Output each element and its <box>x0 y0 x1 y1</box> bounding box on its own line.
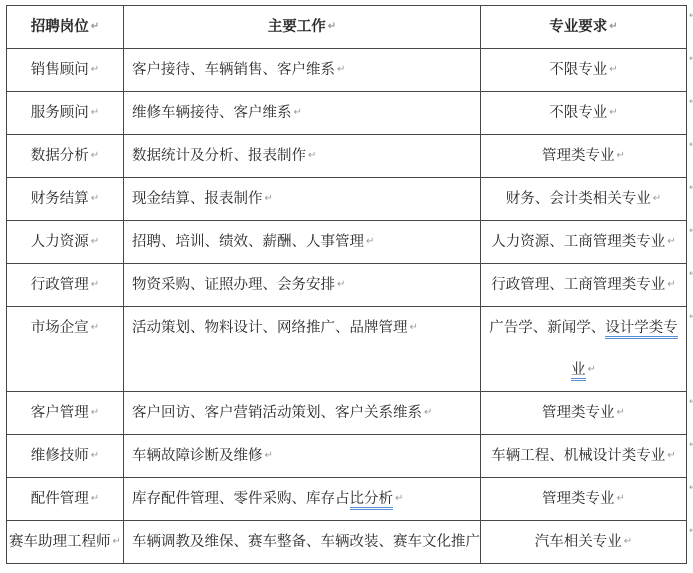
table-row: 财务结算↵现金结算、报表制作↵财务、会计类相关专业↵ <box>7 178 687 221</box>
cell-text: 管理类专业 <box>542 148 615 164</box>
position-cell: 维修技师↵ <box>7 435 124 478</box>
requirement-cell: 管理类专业↵ <box>481 478 687 521</box>
cell-text: 市场企宣 <box>31 320 89 336</box>
cell-text: 客户管理 <box>31 405 89 421</box>
row-end-mark-icon: ↵ <box>689 483 693 492</box>
cell-text: 行政管理、工商管理类专业 <box>491 277 665 293</box>
cell-text: 车辆调教及维保、赛车整备、车辆改装、赛车文化推广 <box>132 534 480 550</box>
grammar-underlined-text: 设计学类专 <box>605 320 678 339</box>
row-end-mark-icon: ↵ <box>689 97 693 106</box>
position-cell: 数据分析↵ <box>7 135 124 178</box>
row-end-mark-icon: ↵ <box>689 226 693 235</box>
grammar-underlined-text: 比分析 <box>350 491 394 510</box>
cell-end-mark-icon: ↵ <box>265 450 273 461</box>
work-cell: 现金结算、报表制作↵ <box>124 178 481 221</box>
cell-text: 销售顾问 <box>31 62 89 78</box>
table-row: 市场企宣↵活动策划、物料设计、网络推广、品牌管理↵广告学、新闻学、设计学类专业↵ <box>7 307 687 392</box>
recruitment-table: 招聘岗位↵ 主要工作↵ 专业要求↵ 销售顾问↵客户接待、车辆销售、客户维系↵不限… <box>6 5 687 564</box>
cell-end-mark-icon: ↵ <box>91 236 99 247</box>
column-header-label: 专业要求 <box>549 19 607 35</box>
cell-end-mark-icon: ↵ <box>328 21 336 32</box>
cell-end-mark-icon: ↵ <box>609 107 617 118</box>
cell-end-mark-icon: ↵ <box>113 536 121 547</box>
cell-end-mark-icon: ↵ <box>91 279 99 290</box>
row-end-mark-icon: ↵ <box>689 526 693 535</box>
cell-end-mark-icon: ↵ <box>337 64 345 75</box>
row-end-mark-icon: ↵ <box>689 440 693 449</box>
cell-text: 行政管理 <box>31 277 89 293</box>
row-end-mark-icon: ↵ <box>689 312 693 321</box>
table-row: 赛车助理工程师↵车辆调教及维保、赛车整备、车辆改装、赛车文化推广↵汽车相关专业↵ <box>7 521 687 564</box>
requirement-cell: 汽车相关专业↵ <box>481 521 687 564</box>
position-cell: 财务结算↵ <box>7 178 124 221</box>
work-cell: 招聘、培训、绩效、薪酬、人事管理↵ <box>124 221 481 264</box>
requirement-cell: 车辆工程、机械设计类专业↵ <box>481 435 687 478</box>
work-cell: 车辆故障诊断及维修↵ <box>124 435 481 478</box>
column-header-label: 招聘岗位 <box>31 19 89 35</box>
cell-end-mark-icon: ↵ <box>617 407 625 418</box>
cell-text: 汽车相关专业 <box>535 534 622 550</box>
table-row: 行政管理↵物资采购、证照办理、会务安排↵行政管理、工商管理类专业↵ <box>7 264 687 307</box>
work-cell: 客户接待、车辆销售、客户维系↵ <box>124 49 481 92</box>
cell-end-mark-icon: ↵ <box>609 21 617 32</box>
requirement-cell: 管理类专业↵ <box>481 135 687 178</box>
cell-text: 数据分析 <box>31 148 89 164</box>
cell-end-mark-icon: ↵ <box>91 450 99 461</box>
cell-text: 客户接待、车辆销售、客户维系 <box>132 62 335 78</box>
row-end-mark-icon: ↵ <box>689 183 693 192</box>
position-cell: 人力资源↵ <box>7 221 124 264</box>
cell-text: 财务、会计类相关专业 <box>506 191 651 207</box>
cell-end-mark-icon: ↵ <box>265 193 273 204</box>
grammar-underlined-text: 业 <box>571 362 586 381</box>
position-cell: 配件管理↵ <box>7 478 124 521</box>
cell-text: 服务顾问 <box>31 105 89 121</box>
cell-text: 不限专业 <box>549 62 607 78</box>
cell-end-mark-icon: ↵ <box>609 64 617 75</box>
work-cell: 客户回访、客户营销活动策划、客户关系维系↵ <box>124 392 481 435</box>
requirement-cell: 不限专业↵ <box>481 92 687 135</box>
cell-end-mark-icon: ↵ <box>91 407 99 418</box>
position-cell: 行政管理↵ <box>7 264 124 307</box>
column-header-label: 主要工作 <box>268 19 326 35</box>
table-row: 销售顾问↵客户接待、车辆销售、客户维系↵不限专业↵ <box>7 49 687 92</box>
requirement-cell: 广告学、新闻学、设计学类专业↵ <box>481 307 687 392</box>
table-row: 客户管理↵客户回访、客户营销活动策划、客户关系维系↵管理类专业↵ <box>7 392 687 435</box>
cell-end-mark-icon: ↵ <box>424 407 432 418</box>
requirement-cell: 行政管理、工商管理类专业↵ <box>481 264 687 307</box>
cell-end-mark-icon: ↵ <box>294 107 302 118</box>
cell-end-mark-icon: ↵ <box>91 64 99 75</box>
cell-text: 数据统计及分析、报表制作 <box>132 148 306 164</box>
cell-end-mark-icon: ↵ <box>653 193 661 204</box>
table-row: 配件管理↵库存配件管理、零件采购、库存占比分析↵管理类专业↵ <box>7 478 687 521</box>
cell-text: 维修技师 <box>31 448 89 464</box>
cell-text: 车辆故障诊断及维修 <box>132 448 263 464</box>
cell-end-mark-icon: ↵ <box>667 236 675 247</box>
work-cell: 维修车辆接待、客户维系↵ <box>124 92 481 135</box>
cell-text: 配件管理 <box>31 491 89 507</box>
table-row: 数据分析↵数据统计及分析、报表制作↵管理类专业↵ <box>7 135 687 178</box>
cell-end-mark-icon: ↵ <box>308 150 316 161</box>
position-cell: 服务顾问↵ <box>7 92 124 135</box>
cell-end-mark-icon: ↵ <box>337 279 345 290</box>
cell-text: 客户回访、客户营销活动策划、客户关系维系 <box>132 405 422 421</box>
cell-end-mark-icon: ↵ <box>617 493 625 504</box>
cell-text: 招聘、培训、绩效、薪酬、人事管理 <box>132 234 364 250</box>
cell-end-mark-icon: ↵ <box>395 493 403 504</box>
column-header-work: 主要工作↵ <box>124 6 481 49</box>
row-end-mark-icon: ↵ <box>689 269 693 278</box>
table-row: 服务顾问↵维修车辆接待、客户维系↵不限专业↵ <box>7 92 687 135</box>
work-cell: 物资采购、证照办理、会务安排↵ <box>124 264 481 307</box>
requirement-cell: 人力资源、工商管理类专业↵ <box>481 221 687 264</box>
cell-text: 车辆工程、机械设计类专业 <box>491 448 665 464</box>
work-cell: 库存配件管理、零件采购、库存占比分析↵ <box>124 478 481 521</box>
cell-end-mark-icon: ↵ <box>91 193 99 204</box>
cell-text: 物资采购、证照办理、会务安排 <box>132 277 335 293</box>
work-cell: 活动策划、物料设计、网络推广、品牌管理↵ <box>124 307 481 392</box>
row-end-mark-icon: ↵ <box>689 54 693 63</box>
cell-text: 人力资源 <box>31 234 89 250</box>
position-cell: 市场企宣↵ <box>7 307 124 392</box>
work-cell: 数据统计及分析、报表制作↵ <box>124 135 481 178</box>
column-header-requirement: 专业要求↵ <box>481 6 687 49</box>
position-cell: 客户管理↵ <box>7 392 124 435</box>
cell-end-mark-icon: ↵ <box>91 322 99 333</box>
cell-end-mark-icon: ↵ <box>617 150 625 161</box>
requirement-cell: 不限专业↵ <box>481 49 687 92</box>
row-end-mark-icon: ↵ <box>689 140 693 149</box>
cell-text: 广告学、新闻学、 <box>489 320 605 336</box>
cell-text: 赛车助理工程师 <box>9 534 111 550</box>
cell-end-mark-icon: ↵ <box>624 536 632 547</box>
cell-end-mark-icon: ↵ <box>588 364 596 375</box>
cell-text: 管理类专业 <box>542 491 615 507</box>
cell-text: 库存配件管理、零件采购、库存占 <box>132 491 350 507</box>
cell-text: 财务结算 <box>31 191 89 207</box>
cell-end-mark-icon: ↵ <box>667 450 675 461</box>
cell-end-mark-icon: ↵ <box>91 21 99 32</box>
table-row: 人力资源↵招聘、培训、绩效、薪酬、人事管理↵人力资源、工商管理类专业↵ <box>7 221 687 264</box>
cell-text: 维修车辆接待、客户维系 <box>132 105 292 121</box>
cell-end-mark-icon: ↵ <box>91 493 99 504</box>
row-end-mark-icon: ↵ <box>689 11 693 20</box>
requirement-cell: 管理类专业↵ <box>481 392 687 435</box>
row-end-mark-icon: ↵ <box>689 397 693 406</box>
table-row: 维修技师↵车辆故障诊断及维修↵车辆工程、机械设计类专业↵ <box>7 435 687 478</box>
column-header-position: 招聘岗位↵ <box>7 6 124 49</box>
cell-text: 人力资源、工商管理类专业 <box>491 234 665 250</box>
cell-end-mark-icon: ↵ <box>667 279 675 290</box>
position-cell: 销售顾问↵ <box>7 49 124 92</box>
cell-text: 现金结算、报表制作 <box>132 191 263 207</box>
cell-text: 不限专业 <box>549 105 607 121</box>
cell-end-mark-icon: ↵ <box>91 107 99 118</box>
cell-end-mark-icon: ↵ <box>91 150 99 161</box>
cell-end-mark-icon: ↵ <box>410 322 418 333</box>
position-cell: 赛车助理工程师↵ <box>7 521 124 564</box>
cell-end-mark-icon: ↵ <box>366 236 374 247</box>
cell-text: 管理类专业 <box>542 405 615 421</box>
header-row: 招聘岗位↵ 主要工作↵ 专业要求↵ <box>7 6 687 49</box>
cell-text: 活动策划、物料设计、网络推广、品牌管理 <box>132 320 408 336</box>
work-cell: 车辆调教及维保、赛车整备、车辆改装、赛车文化推广↵ <box>124 521 481 564</box>
requirement-cell: 财务、会计类相关专业↵ <box>481 178 687 221</box>
